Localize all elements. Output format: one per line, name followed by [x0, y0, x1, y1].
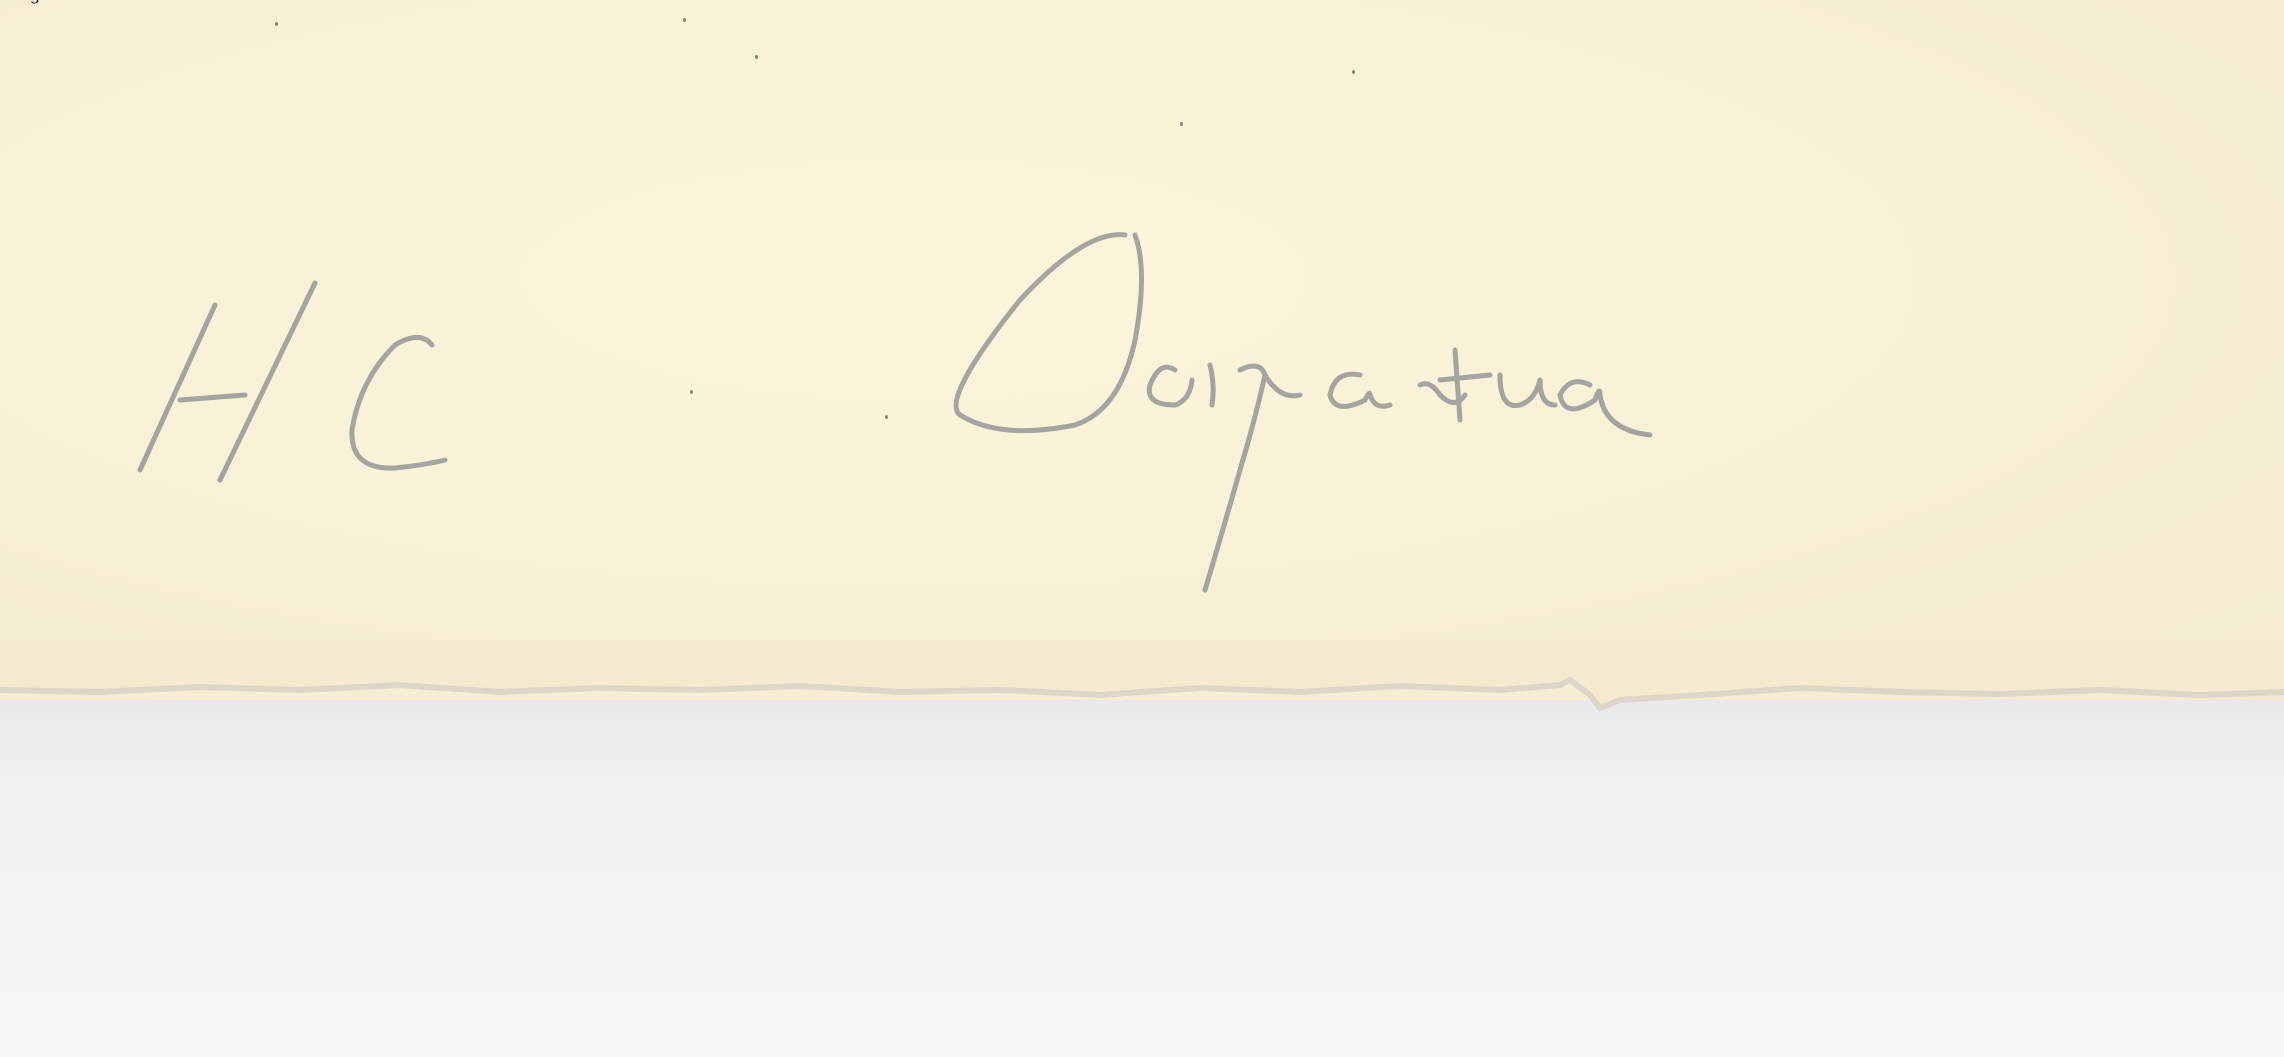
- pencil-inscriptions: HC Gargantua: [0, 0, 2284, 700]
- title-inscription-text: Gargantua: [0, 0, 87, 4]
- table-surface: [0, 680, 2284, 1057]
